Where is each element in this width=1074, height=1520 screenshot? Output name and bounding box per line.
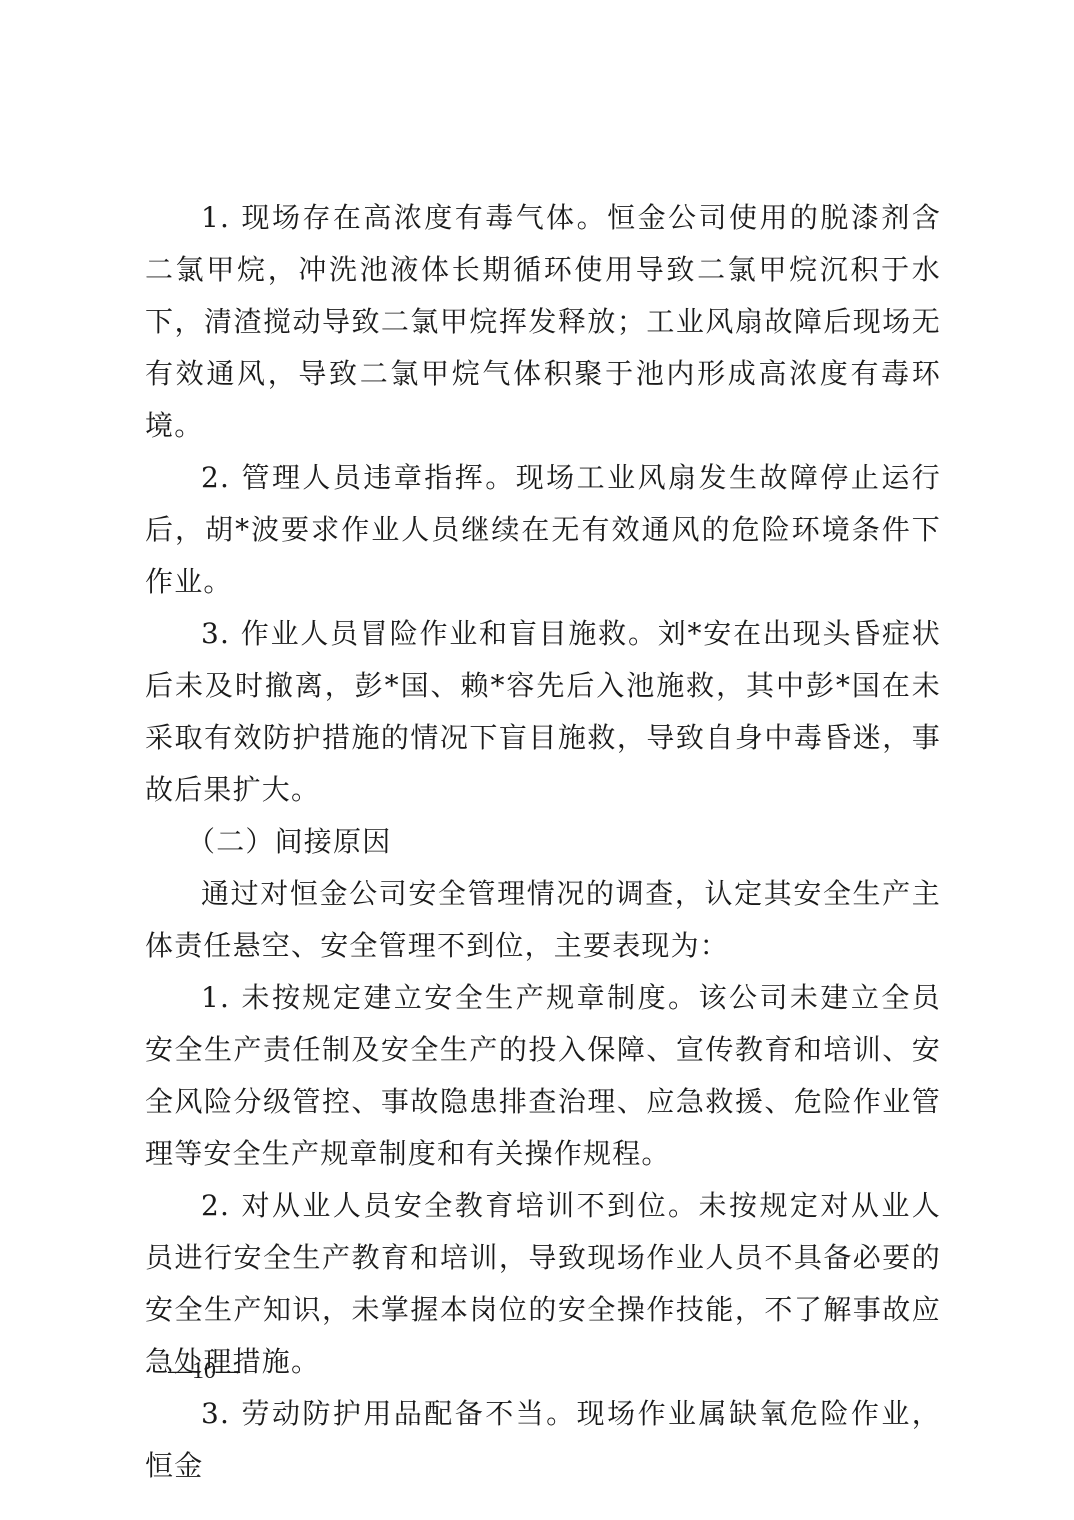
indirect-cause-item-2: 2. 对从业人员安全教育培训不到位。未按规定对从业人员进行安全生产教育和培训，导… — [145, 1180, 941, 1388]
indirect-causes-intro: 通过对恒金公司安全管理情况的调查，认定其安全生产主体责任悬空、安全管理不到位，主… — [145, 868, 941, 972]
document-page: 1. 现场存在高浓度有毒气体。恒金公司使用的脱漆剂含二氯甲烷，冲洗池液体长期循环… — [145, 192, 941, 1492]
direct-cause-item-2: 2. 管理人员违章指挥。现场工业风扇发生故障停止运行后，胡*波要求作业人员继续在… — [145, 452, 941, 608]
direct-cause-item-3: 3. 作业人员冒险作业和盲目施救。刘*安在出现头昏症状后未及时撤离，彭*国、赖*… — [145, 608, 941, 816]
indirect-cause-item-3: 3. 劳动防护用品配备不当。现场作业属缺氧危险作业，恒金 — [145, 1388, 941, 1492]
direct-cause-item-1: 1. 现场存在高浓度有毒气体。恒金公司使用的脱漆剂含二氯甲烷，冲洗池液体长期循环… — [145, 192, 941, 452]
indirect-cause-item-1: 1. 未按规定建立安全生产规章制度。该公司未建立全员安全生产责任制及安全生产的投… — [145, 972, 941, 1180]
page-number: —10— — [168, 1358, 240, 1385]
section-heading-indirect-causes: （二）间接原因 — [145, 816, 941, 868]
